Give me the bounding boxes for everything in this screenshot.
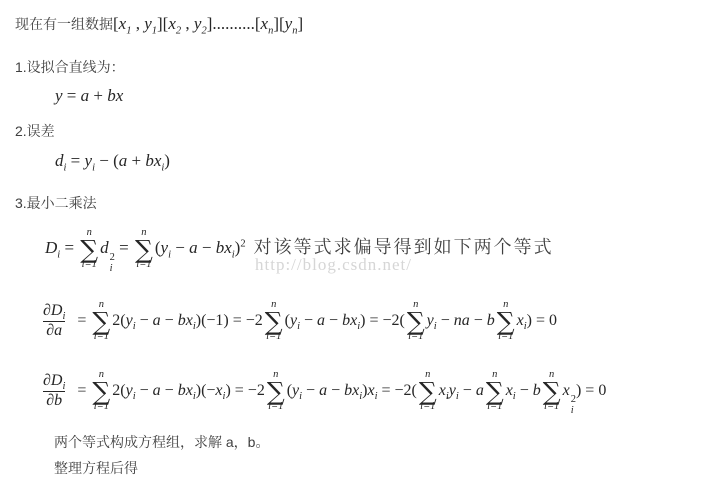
formula-sum-squares: Di = n∑i=1d2i = n∑i=1(yi − a − bxi)2对该等式… <box>45 228 554 274</box>
heading-fit-line: 1.设拟合直线为： <box>15 57 125 77</box>
heading-least-squares: 3.最小二乘法 <box>15 193 97 213</box>
heading-error: 2.误差 <box>15 121 55 141</box>
note-rearrange: 整理方程后得 <box>54 458 138 478</box>
intro-data-line: 现在有一组数据[x1 , y1][x2 , y2]..........[xn][… <box>15 14 303 34</box>
formula-partial-b: ∂Di∂b = n∑i=12(yi − a − bxi)(−xi) = −2n∑… <box>40 370 606 416</box>
formula-partial-a: ∂Di∂a = n∑i=12(yi − a − bxi)(−1) = −2n∑i… <box>40 300 557 342</box>
note-solve: 两个等式构成方程组，求解 a，b。 <box>54 432 269 452</box>
formula-fit-line: y = a + bx <box>55 86 123 106</box>
formula-error: di = yi − (a + bxi) <box>55 151 170 171</box>
